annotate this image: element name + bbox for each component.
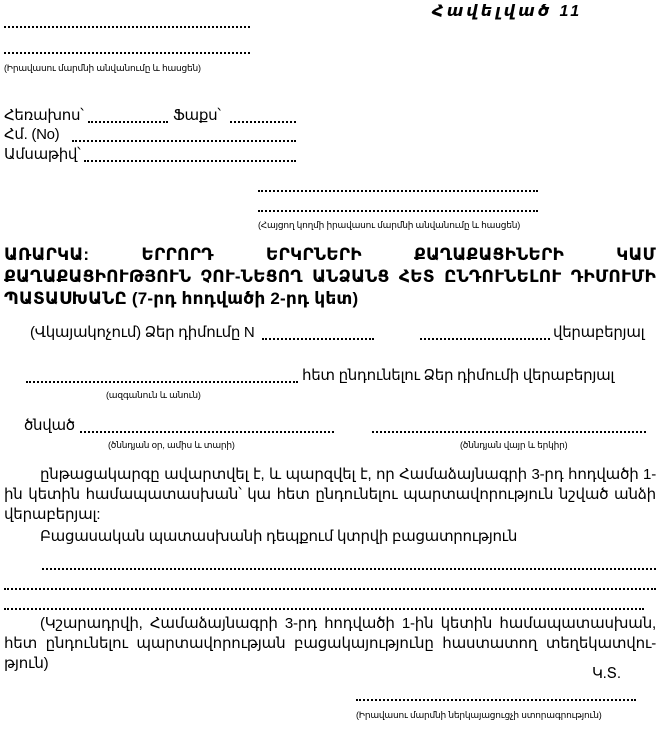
seal-mark: Կ.Տ. — [592, 664, 621, 682]
recipient-line-1[interactable] — [258, 190, 538, 192]
annex-number: Հավելված 11 — [432, 1, 582, 21]
born-label: ծնված — [24, 416, 75, 434]
reference-number-field[interactable] — [262, 338, 374, 340]
fax-label: Ֆաքս՝ — [173, 106, 221, 124]
explanation-line-2[interactable] — [4, 588, 656, 590]
explanation-note: (Կշարադրվի, Համաձայնագրի 3-րդ հոդվածի 1-… — [4, 614, 656, 674]
readmission-text: հետ ընդունելու Ձեր դիմումի վերաբերյալ — [302, 366, 614, 384]
sender-line-2[interactable] — [4, 52, 250, 54]
result-paragraph: ընթացակարգը ավարտվել է, և պարզվել է, որ … — [4, 465, 656, 525]
sender-line-1[interactable] — [4, 26, 250, 28]
date-label: Ամսաթիվ՝ — [4, 145, 80, 163]
person-name-field[interactable] — [26, 381, 298, 383]
date-field[interactable] — [84, 160, 296, 162]
fax-field[interactable] — [230, 121, 296, 123]
explanation-line-3[interactable] — [4, 608, 644, 610]
birth-date-field[interactable] — [80, 431, 334, 433]
number-label: Հմ. (No) — [4, 125, 59, 143]
negative-answer-label: Բացասական պատասխանի դեպքում կտրվի բացատր… — [40, 527, 517, 545]
reference-date-field[interactable] — [420, 338, 550, 340]
subject-heading: ԱՌԱՐԿԱ: ԵՐՐՈՐԴ ԵՐԿՐՆԵՐԻ ՔԱՂԱՔԱՑԻՆԵՐԻ ԿԱՄ… — [4, 244, 656, 310]
birth-place-field[interactable] — [372, 431, 646, 433]
birth-place-caption: (ծննդյան վայր և երկիր) — [460, 440, 567, 451]
phone-label: Հեռախոս՝ — [4, 106, 83, 124]
birth-date-caption: (ծննդյան օր, ամիս և տարի) — [108, 440, 235, 451]
signature-caption: (Իրավասու մարմնի ներկայացուցչի ստորագրու… — [356, 710, 602, 721]
reference-prefix: (Վկայակոչում) Ձեր դիմումը N — [30, 323, 254, 341]
explanation-line-1[interactable] — [42, 568, 656, 570]
recipient-caption: (Հայցող կողմի իրավասու մարմնի անվանումը … — [258, 220, 520, 231]
reference-suffix: վերաբերյալ — [553, 323, 644, 341]
recipient-line-2[interactable] — [258, 210, 538, 212]
sender-caption: (Իրավասու մարմնի անվանումը և հասցեն) — [4, 63, 201, 74]
name-caption: (ազգանուն և անուն) — [106, 390, 201, 401]
signature-field[interactable] — [356, 699, 636, 701]
number-field[interactable] — [72, 140, 296, 142]
phone-field[interactable] — [88, 121, 168, 123]
